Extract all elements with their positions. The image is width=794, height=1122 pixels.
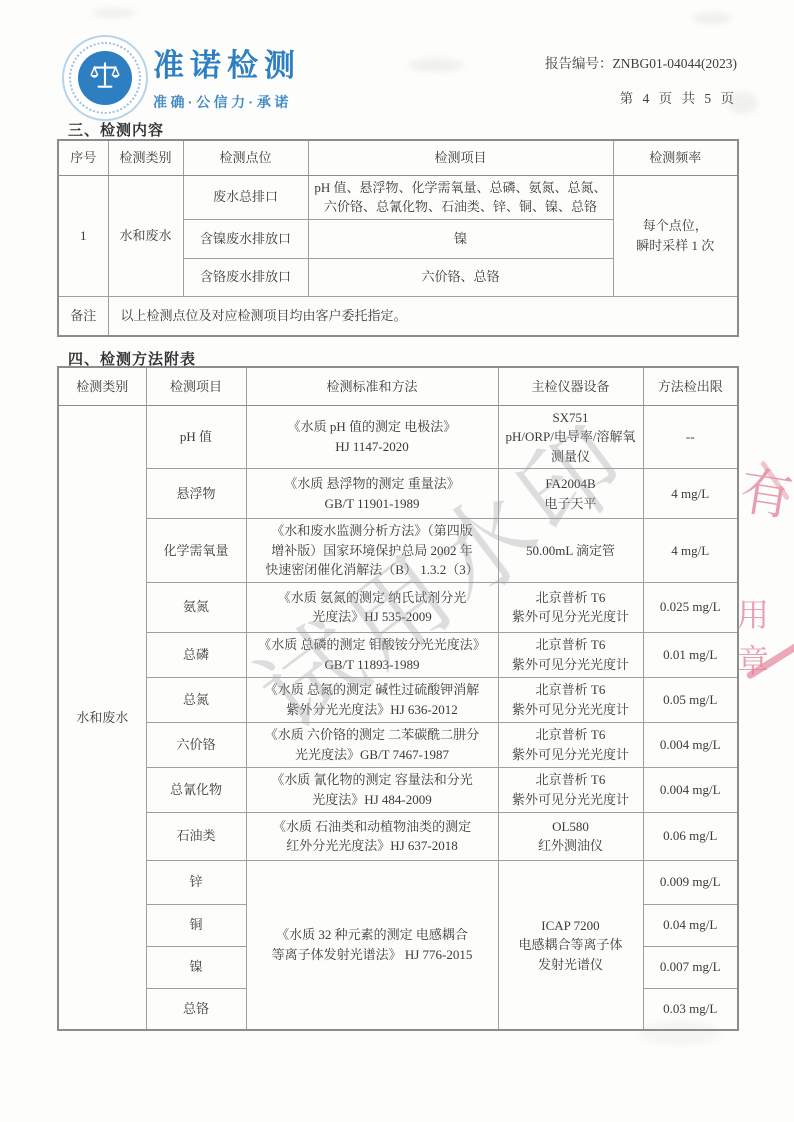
item-cell: 氨氮 [146, 582, 246, 632]
item-cell: 镍 [146, 946, 246, 988]
item-cell: 总磷 [146, 632, 246, 677]
method-cell: 《水质 总磷的测定 钼酸铵分光光度法》 GB/T 11893-1989 [246, 632, 498, 677]
logo-circle [78, 51, 132, 105]
col-header-item: 检测项目 [146, 367, 246, 405]
limit-cell: -- [643, 405, 738, 469]
limit-cell: 0.004 mg/L [643, 722, 738, 767]
items-cell: pH 值、悬浮物、化学需氧量、总磷、氨氮、总氮、 六价铬、总氰化物、石油类、锌、… [308, 175, 613, 219]
limit-cell: 0.004 mg/L [643, 767, 738, 812]
frequency-cell: 每个点位， 瞬时采样 1 次 [613, 175, 738, 296]
category-cell: 水和废水 [108, 175, 183, 296]
report-number: 报告编号：ZNBG01-04044(2023) [545, 52, 737, 72]
company-slogan: 准确·公信力·承诺 [153, 92, 301, 112]
company-name: 准诺检测 [153, 40, 301, 85]
method-cell: 《水质 总氮的测定 碱性过硫酸钾消解 紫外分光光度法》HJ 636-2012 [246, 677, 498, 722]
col-header-method: 检测标准和方法 [246, 367, 498, 405]
item-cell: 化学需氧量 [146, 519, 246, 583]
item-cell: 总氮 [146, 677, 246, 722]
limit-cell: 0.03 mg/L [643, 988, 738, 1030]
table-row: 悬浮物 《水质 悬浮物的测定 重量法》 GB/T 11901-1989 FA20… [58, 469, 738, 519]
report-page: 准诺检测 准确·公信力·承诺 报告编号：ZNBG01-04044(2023) 第… [0, 0, 794, 1122]
table-row: 锌 《水质 32 种元素的测定 电感耦合 等离子体发射光谱法》 HJ 776-2… [58, 860, 738, 904]
col-header-frequency: 检测频率 [613, 140, 738, 175]
red-seal-stroke [760, 460, 790, 501]
company-logo [62, 35, 148, 121]
limit-cell: 4 mg/L [643, 469, 738, 519]
item-cell: 石油类 [146, 812, 246, 860]
table-row: 水和废水 pH 值 《水质 pH 值的测定 电极法》 HJ 1147-2020 … [58, 405, 738, 469]
instrument-cell: SX751 pH/ORP/电导率/溶解氧测量仪 [498, 405, 643, 469]
logo-rim-text-ring [69, 42, 141, 114]
limit-cell: 0.06 mg/L [643, 812, 738, 860]
item-cell: 总氰化物 [146, 767, 246, 812]
point-cell: 含镍废水排放口 [183, 219, 308, 258]
instrument-cell: 北京普析 T6 紫外可见分光光度计 [498, 582, 643, 632]
instrument-cell: 50.00mL 滴定管 [498, 519, 643, 583]
scan-smudge [408, 58, 464, 72]
instrument-cell: 北京普析 T6 紫外可见分光光度计 [498, 722, 643, 767]
table-row: 石油类 《水质 石油类和动植物油类的测定 红外分光光度法》HJ 637-2018… [58, 812, 738, 860]
brand-block: 准诺检测 准确·公信力·承诺 [153, 40, 301, 112]
col-header-instrument: 主检仪器设备 [498, 367, 643, 405]
col-header-items: 检测项目 [308, 140, 613, 175]
table-row: 总磷 《水质 总磷的测定 钼酸铵分光光度法》 GB/T 11893-1989 北… [58, 632, 738, 677]
limit-cell: 0.009 mg/L [643, 860, 738, 904]
table-row: 氨氮 《水质 氨氮的测定 纳氏试剂分光 光度法》HJ 535-2009 北京普析… [58, 582, 738, 632]
scan-smudge [692, 12, 732, 24]
instrument-cell: FA2004B 电子天平 [498, 469, 643, 519]
seq-cell: 1 [58, 175, 108, 296]
item-cell: pH 值 [146, 405, 246, 469]
red-seal-stroke [745, 637, 794, 680]
item-cell: 铜 [146, 904, 246, 946]
method-cell: 《水质 石油类和动植物油类的测定 红外分光光度法》HJ 637-2018 [246, 812, 498, 860]
note-row: 备注 以上检测点位及对应检测项目均由客户委托指定。 [58, 296, 738, 336]
category-cell: 水和废水 [58, 405, 146, 1030]
instrument-cell: 北京普析 T6 紫外可见分光光度计 [498, 677, 643, 722]
limit-cell: 0.01 mg/L [643, 632, 738, 677]
report-meta: 报告编号：ZNBG01-04044(2023) 第 4 页 共 5 页 [545, 52, 737, 107]
limit-cell: 0.025 mg/L [643, 582, 738, 632]
limit-cell: 0.04 mg/L [643, 904, 738, 946]
table-row: 六价铬 《水质 六价铬的测定 二苯碳酰二肼分 光光度法》GB/T 7467-19… [58, 722, 738, 767]
logo-outer-ring [62, 35, 148, 121]
page-number: 第 4 页 共 5 页 [545, 87, 737, 107]
instrument-cell: 北京普析 T6 紫外可见分光光度计 [498, 632, 643, 677]
col-header-category: 检测类别 [108, 140, 183, 175]
method-cell: 《水质 32 种元素的测定 电感耦合 等离子体发射光谱法》 HJ 776-201… [246, 860, 498, 1030]
col-header-point: 检测点位 [183, 140, 308, 175]
limit-cell: 4 mg/L [643, 519, 738, 583]
col-header-limit: 方法检出限 [643, 367, 738, 405]
section-title-content: 三、检测内容 [68, 119, 164, 140]
method-cell: 《水和废水监测分析方法》（第四版 增补版）国家环境保护总局 2002 年 快速密… [246, 519, 498, 583]
col-header-seq: 序号 [58, 140, 108, 175]
items-cell: 六价铬、总铬 [308, 258, 613, 296]
point-cell: 废水总排口 [183, 175, 308, 219]
table-header-row: 序号 检测类别 检测点位 检测项目 检测频率 [58, 140, 738, 175]
item-cell: 六价铬 [146, 722, 246, 767]
scales-of-justice-icon [88, 59, 122, 98]
table-row: 化学需氧量 《水和废水监测分析方法》（第四版 增补版）国家环境保护总局 2002… [58, 519, 738, 583]
methods-table: 检测类别 检测项目 检测标准和方法 主检仪器设备 方法检出限 水和废水 pH 值… [57, 366, 739, 1031]
point-cell: 含铬废水排放口 [183, 258, 308, 296]
method-cell: 《水质 悬浮物的测定 重量法》 GB/T 11901-1989 [246, 469, 498, 519]
item-cell: 锌 [146, 860, 246, 904]
limit-cell: 0.05 mg/L [643, 677, 738, 722]
content-table: 序号 检测类别 检测点位 检测项目 检测频率 1 水和废水 废水总排口 pH 值… [57, 139, 739, 337]
note-label-cell: 备注 [58, 296, 108, 336]
method-cell: 《水质 六价铬的测定 二苯碳酰二肼分 光光度法》GB/T 7467-1987 [246, 722, 498, 767]
note-text-cell: 以上检测点位及对应检测项目均由客户委托指定。 [108, 296, 738, 336]
item-cell: 悬浮物 [146, 469, 246, 519]
instrument-cell: 北京普析 T6 紫外可见分光光度计 [498, 767, 643, 812]
items-cell: 镍 [308, 219, 613, 258]
instrument-cell: OL580 红外测油仪 [498, 812, 643, 860]
method-cell: 《水质 pH 值的测定 电极法》 HJ 1147-2020 [246, 405, 498, 469]
scan-smudge [92, 8, 136, 18]
method-cell: 《水质 氨氮的测定 纳氏试剂分光 光度法》HJ 535-2009 [246, 582, 498, 632]
table-header-row: 检测类别 检测项目 检测标准和方法 主检仪器设备 方法检出限 [58, 367, 738, 405]
limit-cell: 0.007 mg/L [643, 946, 738, 988]
table-row: 总氮 《水质 总氮的测定 碱性过硫酸钾消解 紫外分光光度法》HJ 636-201… [58, 677, 738, 722]
item-cell: 总铬 [146, 988, 246, 1030]
table-row: 1 水和废水 废水总排口 pH 值、悬浮物、化学需氧量、总磷、氨氮、总氮、 六价… [58, 175, 738, 219]
table-row: 总氰化物 《水质 氰化物的测定 容量法和分光 光度法》HJ 484-2009 北… [58, 767, 738, 812]
instrument-cell: ICAP 7200 电感耦合等离子体 发射光谱仪 [498, 860, 643, 1030]
col-header-category: 检测类别 [58, 367, 146, 405]
method-cell: 《水质 氰化物的测定 容量法和分光 光度法》HJ 484-2009 [246, 767, 498, 812]
